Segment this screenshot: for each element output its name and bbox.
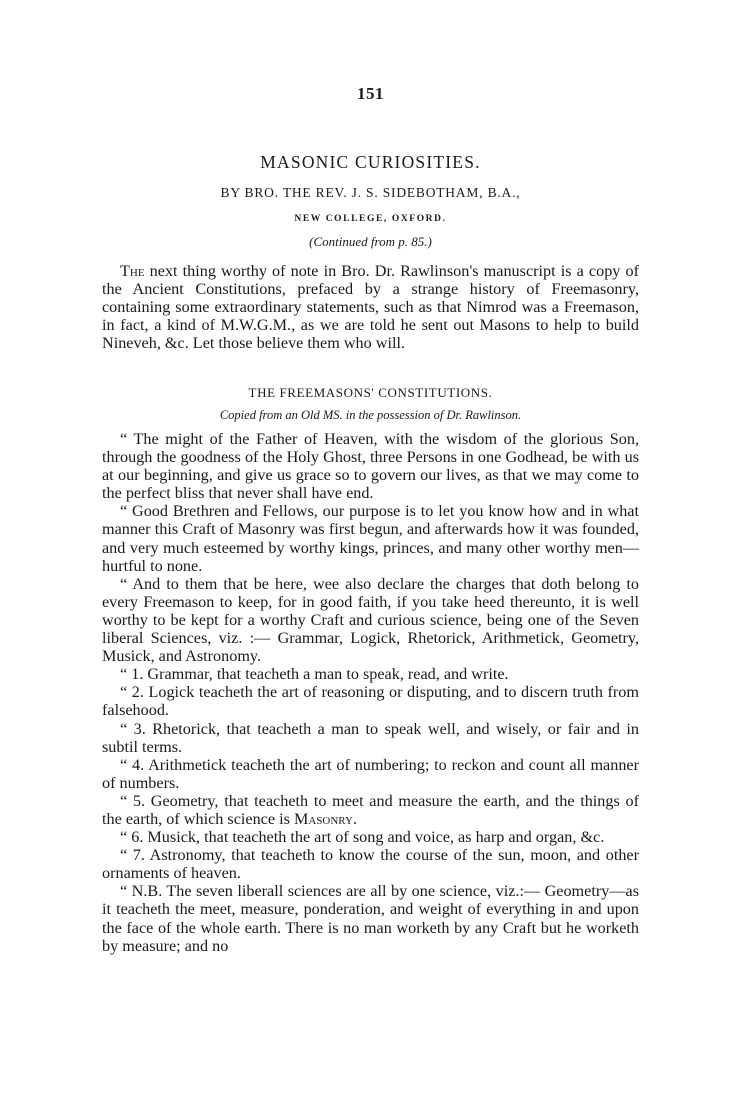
intro-paragraph: The next thing worthy of note in Bro. Dr… [102,262,639,352]
paragraph: “ 1. Grammar, that teacheth a man to spe… [102,665,639,683]
continued-note: (Continued from p. 85.) [102,234,639,250]
section-heading: THE FREEMASONS' CONSTITUTIONS. [102,385,639,401]
author-affiliation: NEW COLLEGE, OXFORD. [102,214,639,224]
paragraph: “ 7. Astronomy, that teacheth to know th… [102,846,639,882]
intro-lead-word: The [120,262,145,280]
author-byline: BY BRO. THE REV. J. S. SIDEBOTHAM, B.A., [102,185,639,201]
intro-text: next thing worthy of note in Bro. Dr. Ra… [102,262,639,352]
paragraph-geometry: “ 5. Geometry, that teacheth to meet and… [102,792,639,828]
paragraph-geometry-end: . [353,810,357,828]
paragraph-geometry-text: “ 5. Geometry, that teacheth to meet and… [102,792,639,828]
constitutions-body: “ The might of the Father of Heaven, wit… [102,430,639,955]
section-subheading: Copied from an Old MS. in the possession… [102,408,639,423]
paragraph: “ 3. Rhetorick, that teacheth a man to s… [102,720,639,756]
page-number: 151 [102,84,639,104]
paragraph: “ 2. Logick teacheth the art of reasonin… [102,683,639,719]
paragraph: “ Good Brethren and Fellows, our purpose… [102,502,639,574]
paragraph: “ 4. Arithmetick teacheth the art of num… [102,756,639,792]
continued-note-text: (Continued from p. 85.) [309,234,432,249]
article-title: MASONIC CURIOSITIES. [102,152,639,173]
paragraph: “ N.B. The seven liberall sciences are a… [102,882,639,954]
paragraph: “ And to them that be here, wee also dec… [102,575,639,665]
paragraph: “ The might of the Father of Heaven, wit… [102,430,639,502]
masonry-smallcaps: Masonry [294,810,353,828]
paragraph: “ 6. Musick, that teacheth the art of so… [102,828,639,846]
